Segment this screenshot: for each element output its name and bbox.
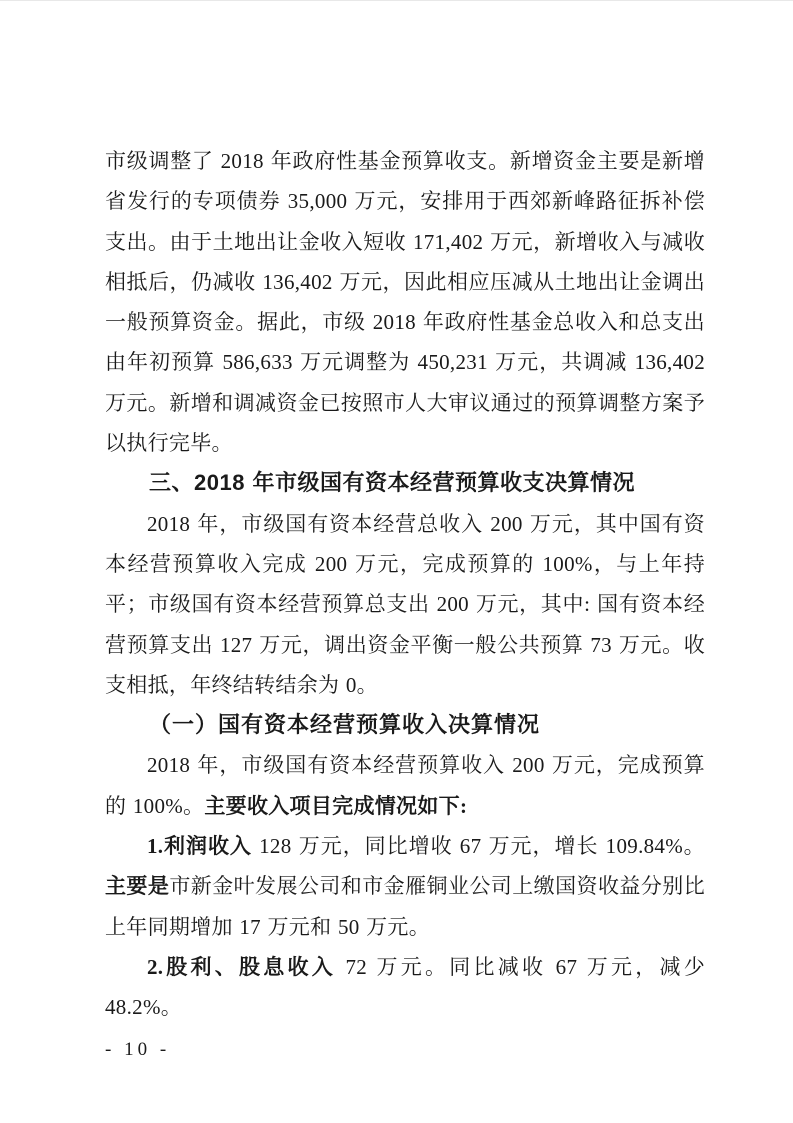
heading2: （一）国有资本经营预算收入决算情况 <box>105 705 705 745</box>
text-segment: 三、2018 年市级国有资本经营预算收支决算情况 <box>149 470 635 495</box>
text-segment: 市级调整了 2018 年政府性基金预算收支。新增资金主要是新增省发行的专项债券 … <box>105 149 705 455</box>
page-number: - 10 - <box>105 1039 170 1060</box>
text-segment: 1.利润收入 <box>147 834 252 858</box>
heading1: 三、2018 年市级国有资本经营预算收支决算情况 <box>105 463 705 503</box>
document-body: 市级调整了 2018 年政府性基金预算收支。新增资金主要是新增省发行的专项债券 … <box>105 141 705 1028</box>
paragraph: 2.股利、股息收入 72 万元。同比减收 67 万元，减少 48.2%。 <box>105 947 705 1028</box>
paragraph: 市级调整了 2018 年政府性基金预算收支。新增资金主要是新增省发行的专项债券 … <box>105 141 705 463</box>
document-page: 市级调整了 2018 年政府性基金预算收支。新增资金主要是新增省发行的专项债券 … <box>0 0 793 1123</box>
text-segment: （一）国有资本经营预算收入决算情况 <box>149 712 540 737</box>
text-segment: 主要是 <box>105 874 169 898</box>
text-segment: 2018 年，市级国有资本经营总收入 200 万元，其中国有资本经营预算收入完成… <box>105 512 705 697</box>
page-footer: - 10 - <box>105 1037 170 1063</box>
text-segment: 128 万元，同比增收 67 万元，增长 109.84%。 <box>252 834 705 858</box>
text-segment: 主要收入项目完成情况如下: <box>204 794 467 818</box>
text-segment: 2.股利、股息收入 <box>147 955 336 979</box>
paragraph: 2018 年，市级国有资本经营预算收入 200 万元，完成预算的 100%。主要… <box>105 745 705 826</box>
paragraph: 1.利润收入 128 万元，同比增收 67 万元，增长 109.84%。主要是市… <box>105 826 705 947</box>
text-segment: 市新金叶发展公司和市金雁铜业公司上缴国资收益分别比上年同期增加 17 万元和 5… <box>105 874 705 938</box>
paragraph: 2018 年，市级国有资本经营总收入 200 万元，其中国有资本经营预算收入完成… <box>105 504 705 705</box>
